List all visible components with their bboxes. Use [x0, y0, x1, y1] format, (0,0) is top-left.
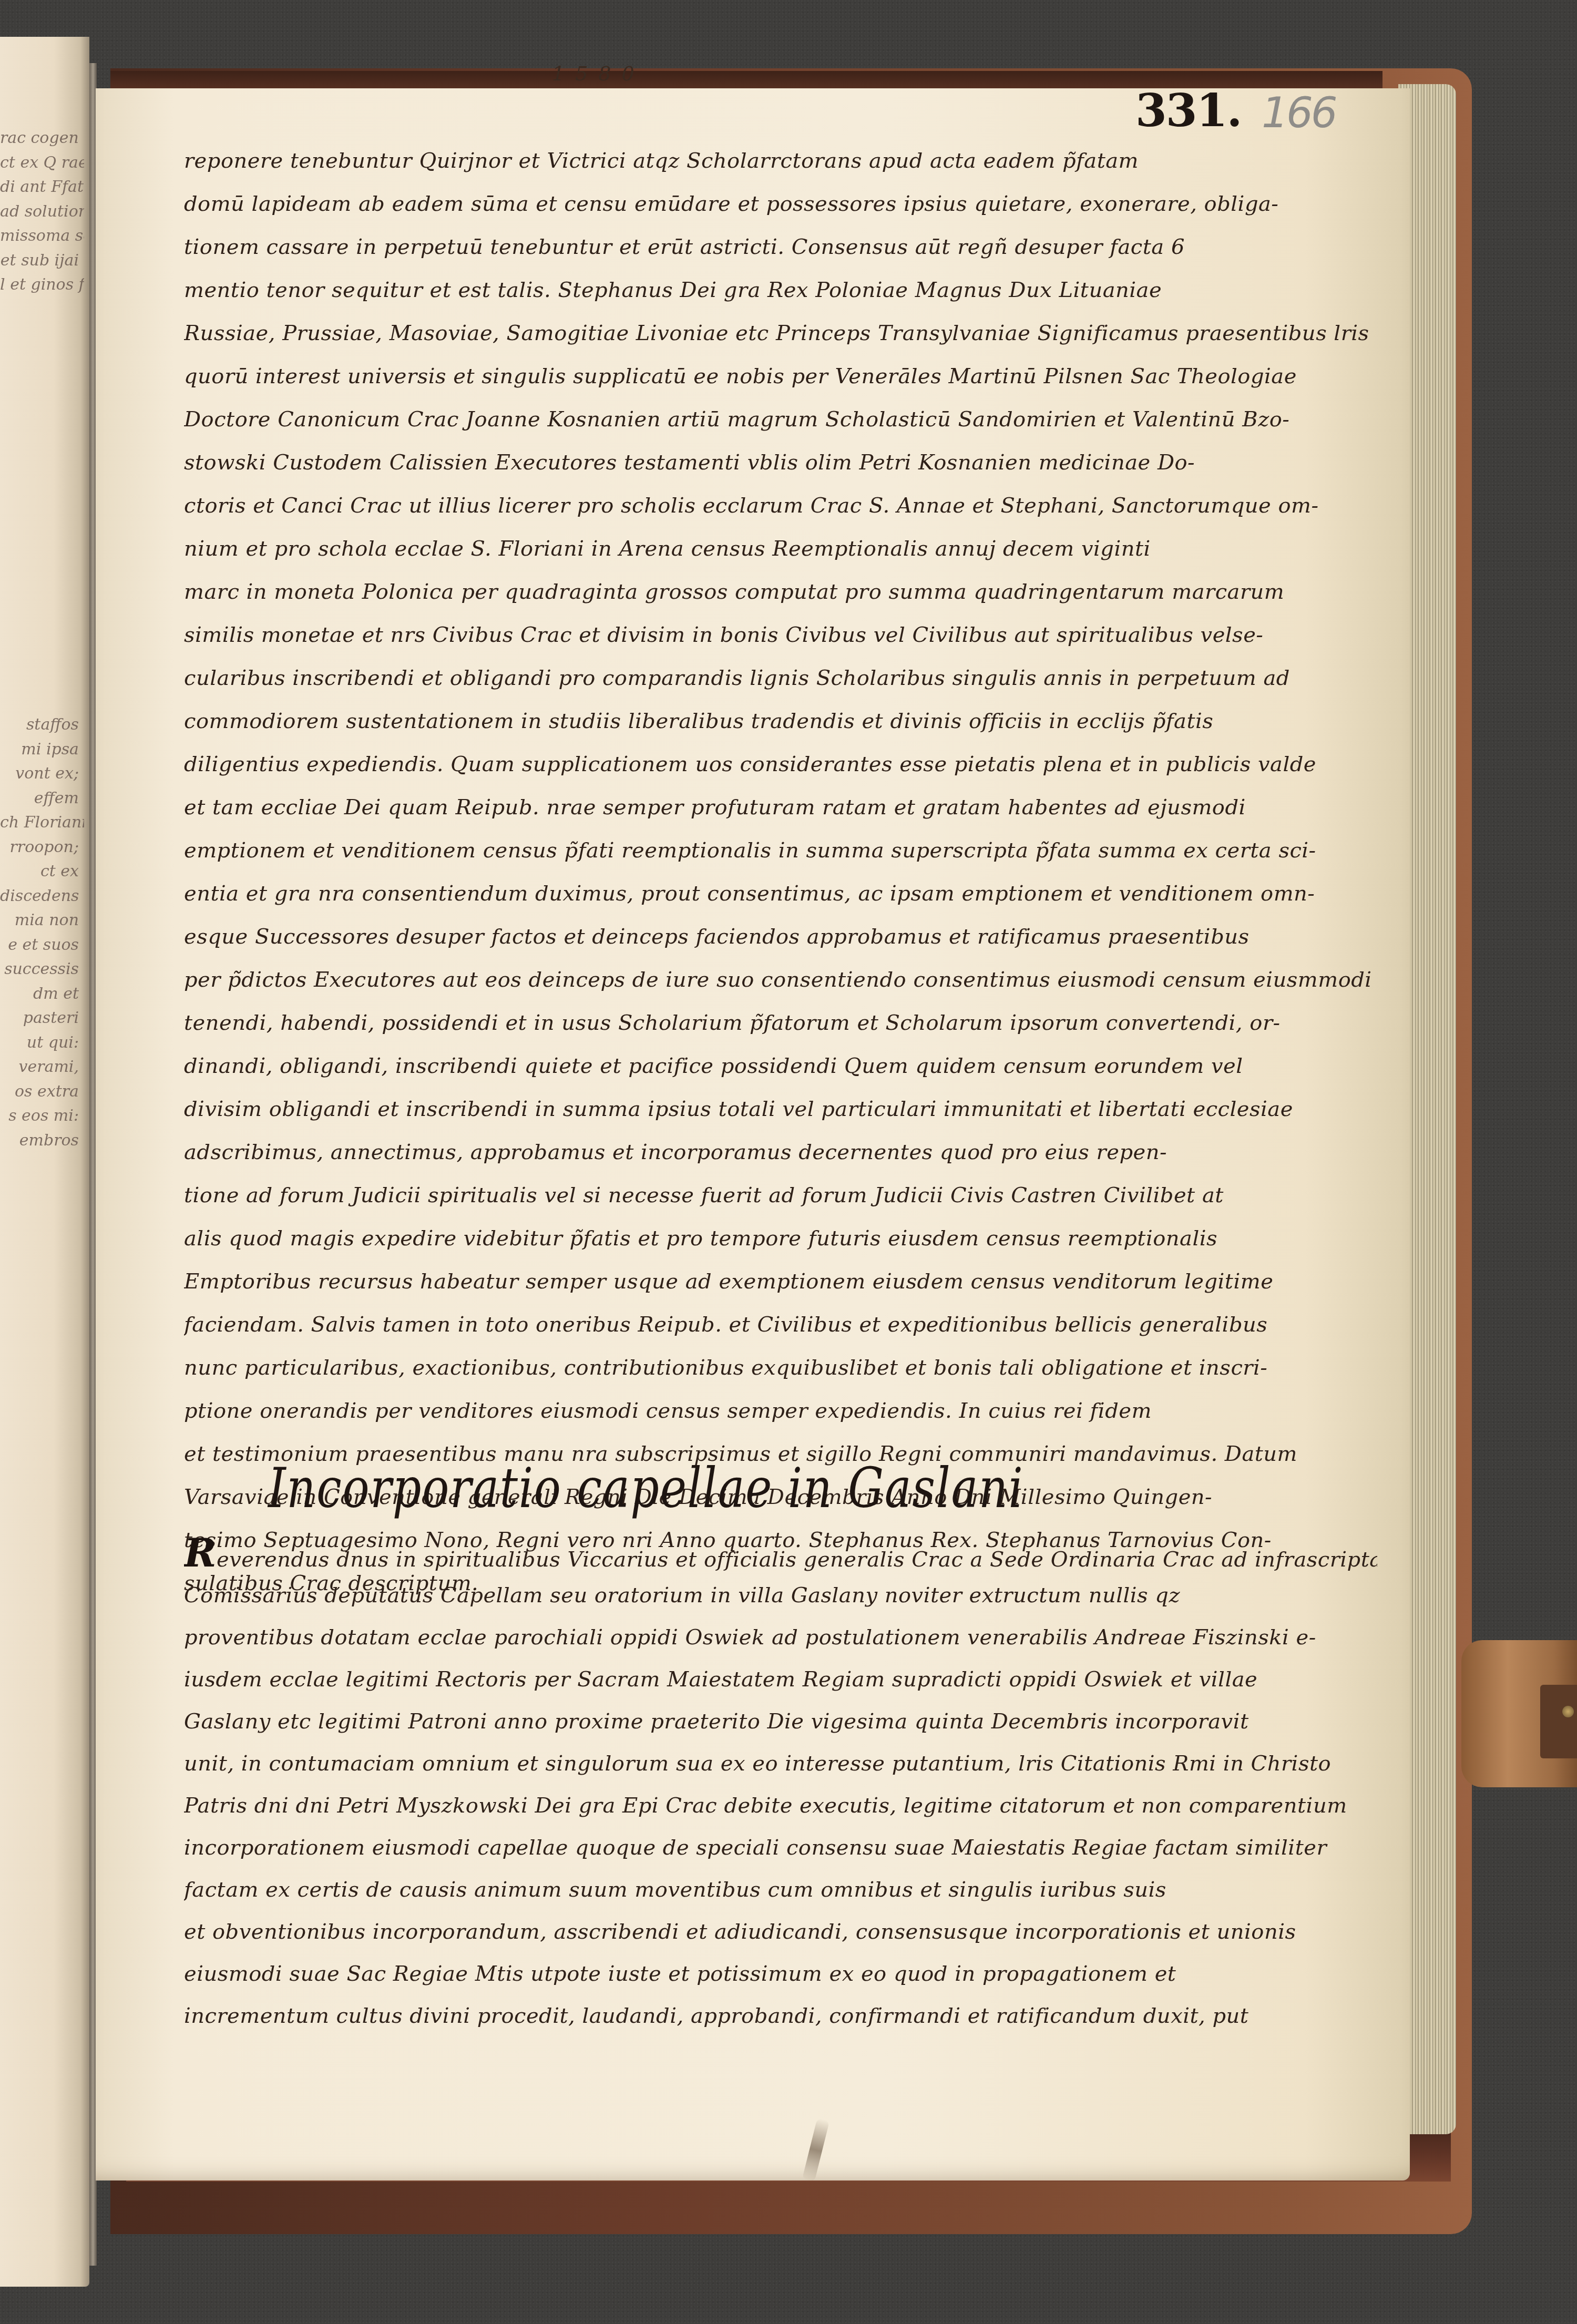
manuscript-line: discedens	[0, 884, 84, 909]
manuscript-line: per p̃dictos Executores aut eos deinceps…	[184, 958, 1377, 1001]
text-block-charter: reponere tenebuntur Quirjnor et Victrici…	[184, 139, 1377, 1605]
manuscript-line: proventibus dotatam ecclae parochiali op…	[184, 1616, 1377, 1658]
folio-number-ink: 331.	[1135, 84, 1241, 137]
manuscript-line: embros	[0, 1129, 84, 1153]
text-block-incorporatio: Reverendus dnus in spiritualibus Viccari…	[184, 1532, 1377, 2037]
manuscript-line: reponere tenebuntur Quirjnor et Victrici…	[184, 139, 1377, 182]
manuscript-line	[0, 493, 84, 518]
folio-number-pencil: 166	[1262, 88, 1336, 137]
manuscript-line	[0, 346, 84, 371]
manuscript-line: unit, in contumaciam omnium et singuloru…	[184, 1743, 1377, 1785]
manuscript-line: missoma sc	[0, 224, 84, 249]
manuscript-line	[0, 371, 84, 395]
manuscript-line: marc in moneta Polonica per quadraginta …	[184, 570, 1377, 613]
manuscript-line: s eos mi:	[0, 1104, 84, 1129]
manuscript-line	[0, 591, 84, 616]
manuscript-line: rroopon;	[0, 835, 84, 860]
manuscript-line: pasteri	[0, 1006, 84, 1031]
manuscript-line	[0, 444, 84, 469]
manuscript-line: e et suos	[0, 933, 84, 958]
clasp-rivet-icon	[1562, 1706, 1574, 1717]
manuscript-line: tenendi, habendi, possidendi et in usus …	[184, 1001, 1377, 1045]
manuscript-line	[0, 395, 84, 420]
manuscript-line: stowski Custodem Calissien Executores te…	[184, 441, 1377, 484]
manuscript-line	[0, 640, 84, 664]
manuscript-line: tione ad forum Judicii spiritualis vel s…	[184, 1174, 1377, 1217]
manuscript-line: adscribimus, annectimus, approbamus et i…	[184, 1131, 1377, 1174]
manuscript-line: faciendam. Salvis tamen in toto oneribus…	[184, 1303, 1377, 1346]
manuscript-line: emptionem et venditionem census p̃fati r…	[184, 829, 1377, 872]
manuscript-line: vont ex;	[0, 762, 84, 786]
manuscript-line: Reverendus dnus in spiritualibus Viccari…	[184, 1532, 1377, 1574]
manuscript-line: iusdem ecclae legitimi Rectoris per Sacr…	[184, 1658, 1377, 1701]
manuscript-line	[0, 298, 84, 322]
manuscript-line: alis quod magis expedire videbitur p̃fat…	[184, 1217, 1377, 1260]
manuscript-line: mia non	[0, 908, 84, 933]
manuscript-line: ch Floriani	[0, 811, 84, 835]
manuscript-line: incorporationem eiusmodi capellae quoque…	[184, 1827, 1377, 1869]
manuscript-line: nunc particularibus, exactionibus, contr…	[184, 1346, 1377, 1389]
manuscript-line: tionem cassare in perpetuū tenebuntur et…	[184, 226, 1377, 269]
manuscript-line: Russiae, Prussiae, Masoviae, Samogitiae …	[184, 312, 1377, 355]
manuscript-line: domū lapideam ab eadem sūma et censu emū…	[184, 182, 1377, 226]
manuscript-line: mentio tenor sequitur et est talis. Step…	[184, 269, 1377, 312]
manuscript-line	[0, 468, 84, 493]
manuscript-line: cularibus inscribendi et obligandi pro c…	[184, 657, 1377, 700]
manuscript-line	[0, 566, 84, 591]
manuscript-line	[0, 615, 84, 640]
manuscript-line: ptione onerandis per venditores eiusmodi…	[184, 1389, 1377, 1432]
manuscript-line: staffos	[0, 713, 84, 738]
left-page-margin-text: rac cogen eritct ex Q rae;di ant Ffatiad…	[0, 126, 84, 1153]
manuscript-line: et tam eccliae Dei quam Reipub. nrae sem…	[184, 786, 1377, 829]
drop-cap: R	[184, 1532, 217, 1574]
manuscript-line	[0, 419, 84, 444]
manuscript-line: et obventionibus incorporandum, asscribe…	[184, 1911, 1377, 1953]
manuscript-line	[0, 517, 84, 542]
manuscript-line: effem	[0, 786, 84, 811]
manuscript-line: rac cogen erit	[0, 126, 84, 151]
manuscript-line: ctoris et Canci Crac ut illius licerer p…	[184, 484, 1377, 527]
manuscript-line: esque Successores desuper factos et dein…	[184, 915, 1377, 958]
manuscript-line: ct ex Q rae;	[0, 151, 84, 176]
manuscript-line: ut qui:	[0, 1031, 84, 1056]
manuscript-line: ct ex	[0, 859, 84, 884]
manuscript-line: Patris dni dni Petri Myszkowski Dei gra …	[184, 1785, 1377, 1827]
manuscript-line: quorū interest universis et singulis sup…	[184, 355, 1377, 398]
manuscript-line	[0, 542, 84, 567]
manuscript-line: similis monetae et nrs Civibus Crac et d…	[184, 613, 1377, 657]
manuscript-line: incrementum cultus divini procedit, laud…	[184, 1995, 1377, 2037]
manuscript-line: eiusmodi suae Sac Regiae Mtis utpote ius…	[184, 1953, 1377, 1995]
manuscript-line: ad solutiom	[0, 200, 84, 224]
manuscript-line	[0, 689, 84, 713]
manuscript-line: entia et gra nra consentiendum duximus, …	[184, 872, 1377, 915]
manuscript-line: Comissarius deputatus Capellam seu orato…	[184, 1574, 1377, 1616]
manuscript-line	[0, 664, 84, 689]
section-heading: Incorporatio capellae in Gaslani	[268, 1456, 1023, 1520]
manuscript-line: os extra	[0, 1080, 84, 1104]
left-facing-page: rac cogen eritct ex Q rae;di ant Ffatiad…	[0, 37, 89, 2287]
manuscript-line: dinandi, obligandi, inscribendi quiete e…	[184, 1045, 1377, 1088]
manuscript-line: successis	[0, 957, 84, 982]
manuscript-line: diligentius expediendis. Quam supplicati…	[184, 743, 1377, 786]
manuscript-line: mi ipsa	[0, 738, 84, 762]
year-heading: 1580	[552, 62, 645, 85]
manuscript-line: nium et pro schola ecclae S. Floriani in…	[184, 527, 1377, 570]
manuscript-line: et sub ijai	[0, 249, 84, 273]
manuscript-line: divisim obligandi et inscribendi in summ…	[184, 1088, 1377, 1131]
manuscript-line: Emptoribus recursus habeatur semper usqu…	[184, 1260, 1377, 1303]
manuscript-line: l et ginos fuc	[0, 273, 84, 298]
clasp-plate	[1540, 1685, 1577, 1758]
manuscript-line	[0, 322, 84, 346]
manuscript-line: verami,	[0, 1055, 84, 1080]
manuscript-line: factam ex certis de causis animum suum m…	[184, 1869, 1377, 1911]
manuscript-line: commodiorem sustentationem in studiis li…	[184, 700, 1377, 743]
manuscript-line: Doctore Canonicum Crac Joanne Kosnanien …	[184, 398, 1377, 441]
manuscript-line: di ant Ffati	[0, 175, 84, 200]
manuscript-line: Gaslany etc legitimi Patroni anno proxim…	[184, 1701, 1377, 1743]
manuscript-line: dm et	[0, 982, 84, 1007]
